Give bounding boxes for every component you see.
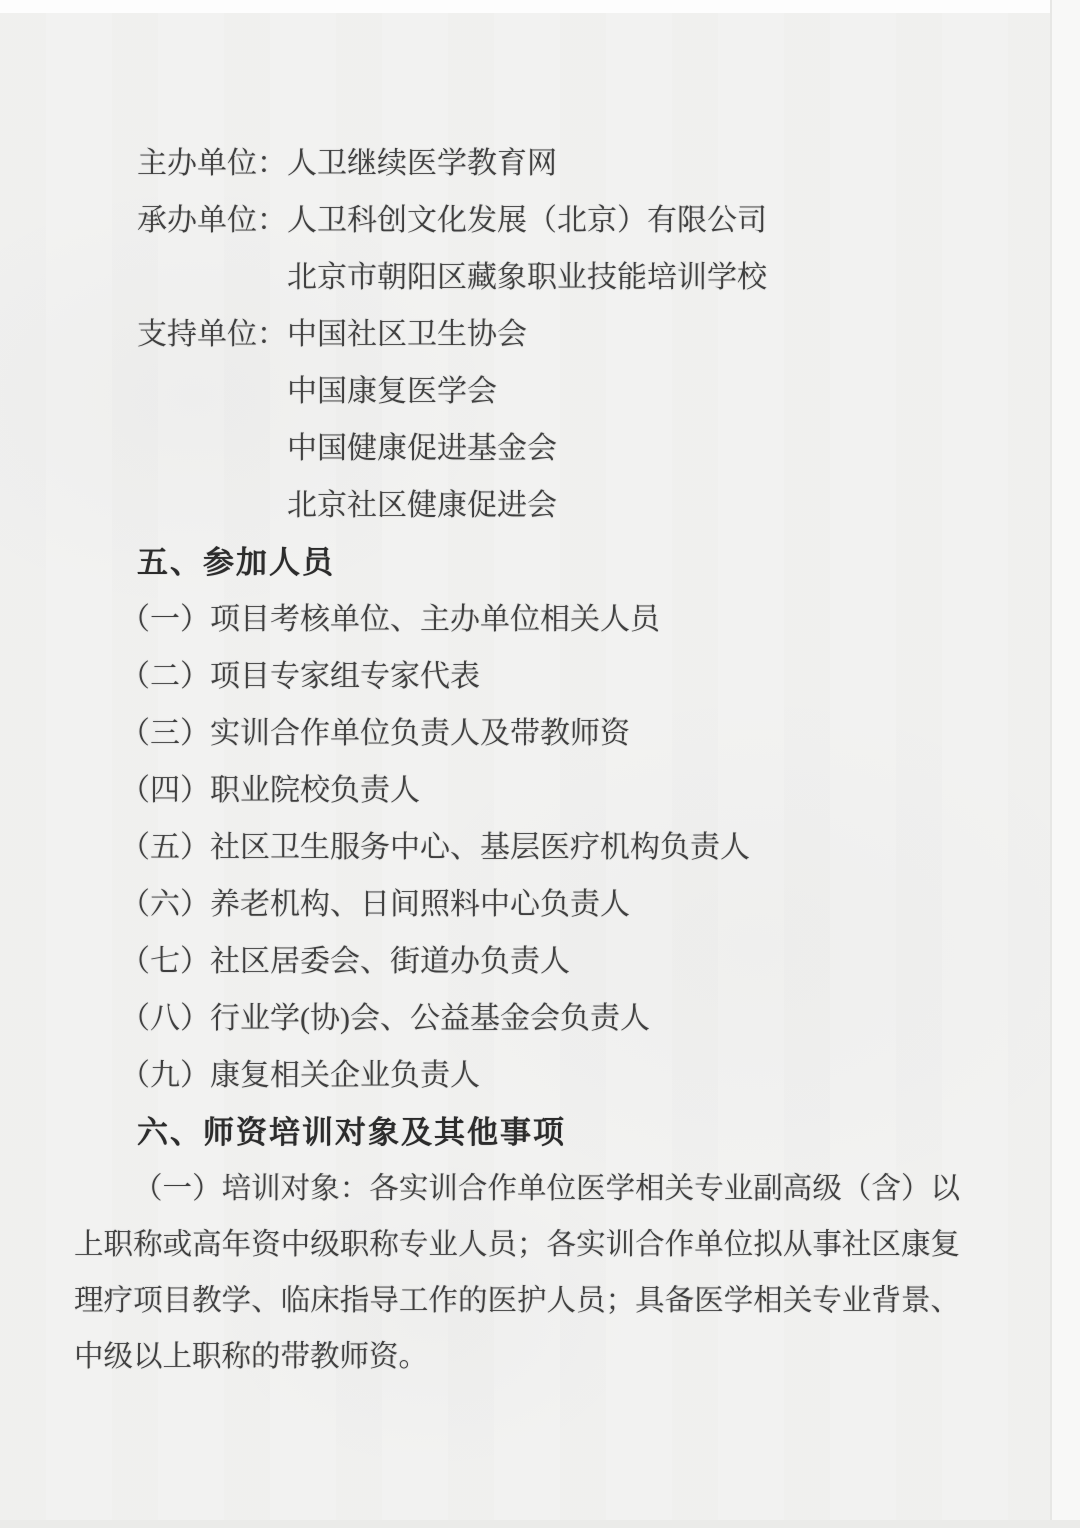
supporter-unit-row: 支持单位：中国社区卫生协会 <box>0 306 1080 363</box>
supporter-unit-name-3: 中国健康促进基金会 <box>0 420 1080 477</box>
section-6-heading: 六、师资培训对象及其他事项 <box>0 1104 1080 1161</box>
host-unit-row: 主办单位：人卫继续医学教育网 <box>0 135 1080 192</box>
supporter-unit-label: 支持单位： <box>137 318 287 351</box>
participant-item-9: （九）康复相关企业负责人 <box>0 1047 1080 1104</box>
participant-item-1: （一）项目考核单位、主办单位相关人员 <box>0 591 1080 648</box>
scan-edge-bottom <box>0 1520 1080 1528</box>
organizer-unit-name-2: 北京市朝阳区藏象职业技能培训学校 <box>0 249 1080 306</box>
supporter-unit-name: 中国社区卫生协会 <box>287 318 527 351</box>
section-5-heading: 五、参加人员 <box>0 534 1080 591</box>
paragraph-line-2: 上职称或高年资中级职称专业人员；各实训合作单位拟从事社区康复 <box>74 1217 960 1273</box>
supporter-unit-name-2: 中国康复医学会 <box>0 363 1080 420</box>
training-target-paragraph: （一）培训对象：各实训合作单位医学相关专业副高级（含）以 上职称或高年资中级职称… <box>74 1161 960 1385</box>
participant-item-8: （八）行业学(协)会、公益基金会负责人 <box>0 990 1080 1047</box>
participant-item-3: （三）实训合作单位负责人及带教师资 <box>0 705 1080 762</box>
paragraph-line-4: 中级以上职称的带教师资。 <box>74 1329 960 1385</box>
organizer-unit-label: 承办单位： <box>137 204 287 237</box>
supporter-unit-name-4: 北京社区健康促进会 <box>0 477 1080 534</box>
scan-edge-top <box>0 0 1080 13</box>
host-unit-label: 主办单位： <box>137 147 287 180</box>
paragraph-line-3: 理疗项目教学、临床指导工作的医护人员；具备医学相关专业背景、 <box>74 1273 960 1329</box>
participant-item-5: （五）社区卫生服务中心、基层医疗机构负责人 <box>0 819 1080 876</box>
organizer-unit-name: 人卫科创文化发展（北京）有限公司 <box>287 204 767 237</box>
scanned-document-page: 主办单位：人卫继续医学教育网 承办单位：人卫科创文化发展（北京）有限公司 北京市… <box>0 0 1080 1528</box>
host-unit-name: 人卫继续医学教育网 <box>287 147 557 180</box>
participant-item-4: （四）职业院校负责人 <box>0 762 1080 819</box>
document-body: 主办单位：人卫继续医学教育网 承办单位：人卫科创文化发展（北京）有限公司 北京市… <box>0 135 1080 1385</box>
participant-item-7: （七）社区居委会、街道办负责人 <box>0 933 1080 990</box>
paragraph-line-1: （一）培训对象：各实训合作单位医学相关专业副高级（含）以 <box>74 1161 960 1217</box>
organizer-unit-row: 承办单位：人卫科创文化发展（北京）有限公司 <box>0 192 1080 249</box>
participant-item-2: （二）项目专家组专家代表 <box>0 648 1080 705</box>
participant-item-6: （六）养老机构、日间照料中心负责人 <box>0 876 1080 933</box>
